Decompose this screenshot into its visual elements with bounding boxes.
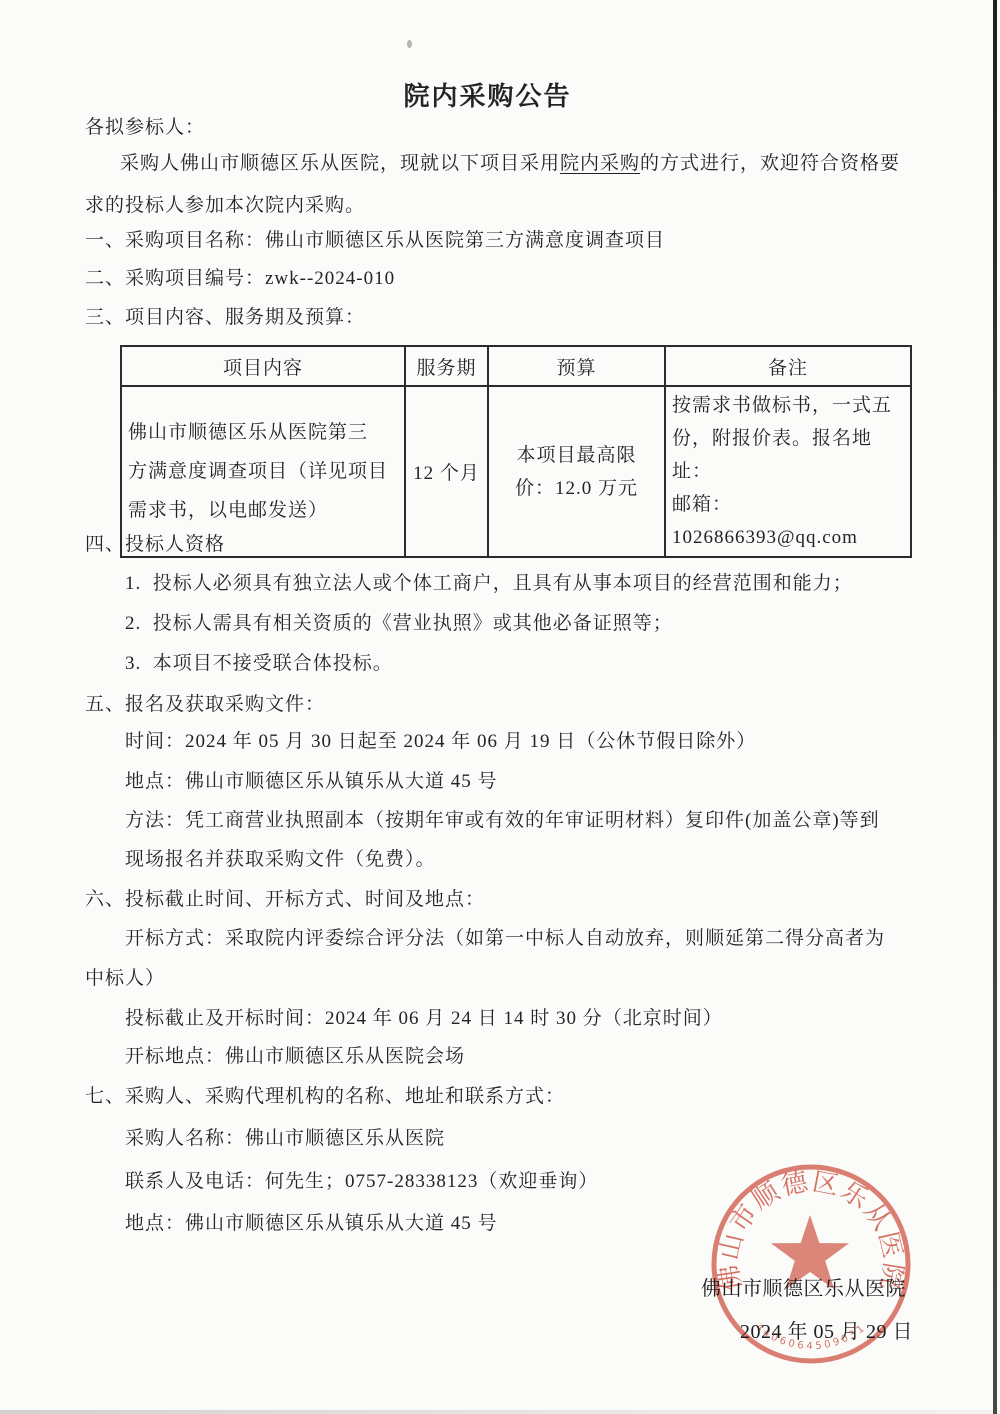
purchaser-contact: 联系人及电话：何先生；0757-28338123（欢迎垂询） [125, 1170, 598, 1194]
signature-hospital-name: 佛山市顺德区乐从医院 [701, 1272, 906, 1301]
bid-opening-place: 开标地点：佛山市顺德区乐从医院会场 [125, 1045, 465, 1069]
intro-pre: 采购人佛山市顺德区乐从医院，现就以下项目采用 [120, 153, 560, 174]
purchaser-name: 采购人名称：佛山市顺德区乐从医院 [125, 1127, 445, 1151]
header-service-period: 服务期 [405, 346, 488, 386]
qualification-2: 2. 投标人需具有相关资质的《营业执照》或其他必备证照等； [125, 612, 673, 636]
scan-edge-right [993, 0, 997, 1414]
budget-line: 价：12.0 万元 [495, 472, 658, 505]
signature-date: 2024 年 05 月 29 日 [740, 1315, 913, 1344]
remark-line: 邮箱：1026866393@qq.com [672, 488, 904, 554]
content-line: 需求书，以电邮发送） [128, 491, 398, 530]
qualification-1: 1. 投标人必须具有独立法人或个体工商户，且具有从事本项目的经营范围和能力； [125, 572, 853, 596]
cell-service-period: 12 个月 [405, 386, 488, 557]
cell-project-content: 佛山市顺德区乐从医院第三 方满意度调查项目（详见项目 需求书，以电邮发送） [121, 386, 405, 557]
bid-opening-method-line-1: 开标方式：采取院内评委综合评分法（如第一中标人自动放弃，则顺延第二得分高者为 [125, 927, 885, 951]
registration-time: 时间：2024 年 05 月 30 日起至 2024 年 06 月 19 日（公… [125, 730, 756, 754]
bid-deadline: 投标截止及开标时间：2024 年 06 月 24 日 14 时 30 分（北京时… [125, 1007, 723, 1031]
table-row: 佛山市顺德区乐从医院第三 方满意度调查项目（详见项目 需求书，以电邮发送） 12… [121, 386, 911, 557]
bid-opening-method-line-2: 中标人） [85, 967, 165, 991]
section-3-heading: 三、项目内容、服务期及预算： [85, 306, 365, 330]
section-2-project-number: 二、采购项目编号：zwk--2024-010 [85, 267, 395, 291]
cell-budget: 本项目最高限 价：12.0 万元 [488, 386, 665, 557]
purchaser-address: 地点：佛山市顺德区乐从镇乐从大道 45 号 [125, 1212, 498, 1236]
salutation: 各拟参标人： [85, 116, 205, 140]
intro-post: 的方式进行，欢迎符合资格要 [640, 153, 900, 174]
header-remark: 备注 [665, 346, 911, 386]
intro-underlined-term: 院内采购 [560, 153, 640, 174]
scan-speck [407, 40, 412, 48]
intro-line-1: 采购人佛山市顺德区乐从医院，现就以下项目采用院内采购的方式进行，欢迎符合资格要 [120, 152, 900, 176]
content-line: 佛山市顺德区乐从医院第三 [128, 413, 398, 452]
budget-line: 本项目最高限 [495, 439, 658, 472]
qualification-3: 3. 本项目不接受联合体投标。 [125, 652, 393, 676]
section-4-heading: 四、投标人资格 [85, 533, 225, 557]
registration-method-line-2: 现场报名并获取采购文件（免费）。 [125, 848, 436, 872]
intro-line-2: 求的投标人参加本次院内采购。 [85, 194, 365, 218]
project-table: 项目内容 服务期 预算 备注 佛山市顺德区乐从医院第三 方满意度调查项目（详见项… [120, 345, 912, 558]
remark-line: 份，附报价表。报名地址： [672, 422, 904, 488]
section-5-heading: 五、报名及获取采购文件： [85, 693, 325, 717]
section-6-heading: 六、投标截止时间、开标方式、时间及地点： [85, 888, 485, 912]
section-1-project-name: 一、采购项目名称：佛山市顺德区乐从医院第三方满意度调查项目 [85, 229, 665, 253]
cell-remark: 按需求书做标书，一式五 份，附报价表。报名地址： 邮箱：1026866393@q… [665, 386, 911, 557]
header-content: 项目内容 [121, 346, 405, 386]
content-line: 方满意度调查项目（详见项目 [128, 452, 398, 491]
registration-method-line-1: 方法：凭工商营业执照副本（按期年审或有效的年审证明材料）复印件(加盖公章)等到 [125, 809, 880, 833]
table-header-row: 项目内容 服务期 预算 备注 [121, 346, 911, 386]
registration-place: 地点：佛山市顺德区乐从镇乐从大道 45 号 [125, 770, 498, 794]
procurement-announcement-page: 院内采购公告 各拟参标人： 采购人佛山市顺德区乐从医院，现就以下项目采用院内采购… [0, 0, 1000, 1414]
header-budget: 预算 [488, 346, 665, 386]
section-7-heading: 七、采购人、采购代理机构的名称、地址和联系方式： [85, 1085, 565, 1109]
page-title: 院内采购公告 [0, 76, 975, 113]
remark-line: 按需求书做标书，一式五 [672, 389, 904, 422]
scan-edge-bottom [0, 1410, 1000, 1414]
